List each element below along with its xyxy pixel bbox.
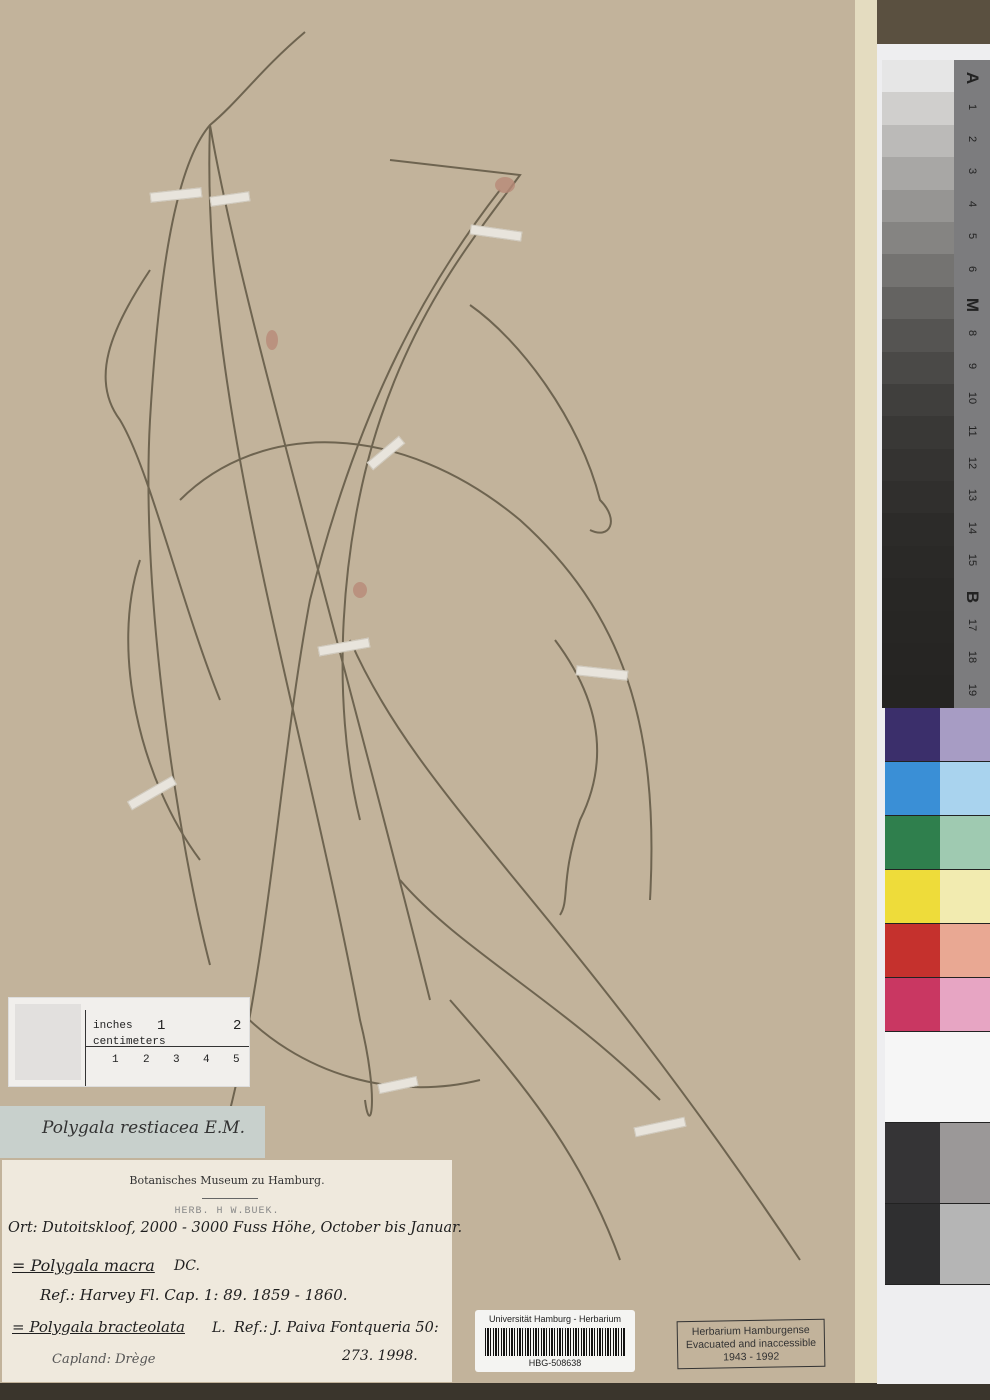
barcode-id: HBG-508638 [475, 1358, 635, 1368]
determination-2-author: L. [212, 1320, 226, 1336]
scale-ruler: inches 1 2 centimeters 1 2 3 4 5 [8, 997, 250, 1087]
color-patch [885, 924, 940, 977]
gray-patch [882, 416, 954, 448]
gray-patch [882, 643, 954, 675]
label-rule [202, 1198, 258, 1199]
gray-patch [882, 481, 954, 513]
color-patch-row [885, 762, 990, 816]
ruler-cm-mark: 2 [143, 1054, 150, 1066]
specimen-label: Botanisches Museum zu Hamburg. HERB. H W… [2, 1160, 452, 1382]
color-patch-row [885, 978, 990, 1032]
gray-patch [882, 611, 954, 643]
gray-patch-label: 14 [966, 518, 978, 538]
color-patch [885, 1032, 940, 1122]
color-patch [940, 708, 990, 761]
color-patch-row [885, 1204, 990, 1285]
gray-patch [882, 125, 954, 157]
ruler-cm-mark: 5 [233, 1054, 240, 1066]
gray-patch-label: 9 [966, 356, 978, 376]
gray-patch [882, 384, 954, 416]
ruler-cm-label: centimeters [93, 1036, 166, 1048]
determination-1-name: = Polygala macra [12, 1256, 155, 1275]
ruler-cm-mark: 3 [173, 1054, 180, 1066]
color-patch [885, 978, 940, 1031]
gray-patch-label: 10 [966, 388, 978, 408]
gray-patch [882, 222, 954, 254]
locality-text: Ort: Dutoitskloof, 2000 - 3000 Fuss Höhe… [8, 1220, 462, 1236]
herbarium-stamp: HERB. H W.BUEK. [2, 1206, 452, 1217]
determination-2-name: = Polygala bracteolata [12, 1318, 185, 1336]
grayscale-strip [882, 60, 954, 708]
gray-patch-label: 4 [966, 194, 978, 214]
determination-1-author: DC. [174, 1258, 200, 1274]
gray-patch-label: M [962, 295, 982, 315]
sheet-edge [855, 0, 877, 1383]
color-patch-row [885, 870, 990, 924]
color-patch [940, 816, 990, 869]
gray-patch [882, 190, 954, 222]
grayscale-labels: A123456M89101112131415B171819 [954, 60, 990, 708]
gray-patch-label: 6 [966, 259, 978, 279]
gray-patch-label: 11 [966, 421, 978, 441]
color-patch-row [885, 816, 990, 870]
gray-patch-label: 8 [966, 323, 978, 343]
gray-patch [882, 675, 954, 707]
determination-1-reference: Ref.: Harvey Fl. Cap. 1: 89. 1859 - 1860… [40, 1286, 348, 1304]
color-patch-grid [885, 708, 990, 1285]
color-patch-row [885, 924, 990, 978]
old-label-text: Polygala restiacea E.M. [42, 1118, 245, 1138]
ruler-inch-mark: 1 [157, 1018, 165, 1034]
gray-patch [882, 254, 954, 286]
gray-patch [882, 352, 954, 384]
color-patch [940, 870, 990, 923]
color-patch [885, 816, 940, 869]
color-patch [940, 1032, 990, 1122]
gray-patch [882, 449, 954, 481]
determination-2-reference-cont: 273. 1998. [342, 1348, 418, 1364]
color-patch [885, 762, 940, 815]
gray-patch-label: 15 [966, 550, 978, 570]
background-bottom [0, 1383, 990, 1400]
color-patch-row [885, 708, 990, 762]
barcode-label: Universität Hamburg - Herbarium HBG-5086… [475, 1310, 635, 1372]
old-determination-label: Polygala restiacea E.M. [0, 1106, 265, 1158]
gray-patch-label: 2 [966, 129, 978, 149]
gray-patch-label: A [962, 68, 982, 88]
color-patch [940, 924, 990, 977]
evacuation-line-2: Evacuated and inaccessible [678, 1337, 824, 1353]
institution-header: Botanisches Museum zu Hamburg. [2, 1174, 452, 1187]
gray-patch-label: 18 [966, 647, 978, 667]
collector-text: Capland: Drège [52, 1352, 155, 1367]
color-patch [885, 1204, 940, 1284]
ruler-blank-area [15, 1004, 81, 1080]
color-patch-row [885, 1123, 990, 1204]
color-patch [885, 708, 940, 761]
gray-patch [882, 319, 954, 351]
color-patch [940, 1204, 990, 1284]
gray-patch-label: 12 [966, 453, 978, 473]
barcode-icon [485, 1328, 625, 1356]
gray-patch-label: 5 [966, 226, 978, 246]
gray-patch-label: 19 [966, 680, 978, 700]
gray-patch [882, 287, 954, 319]
gray-patch [882, 60, 954, 92]
gray-patch-label: 1 [966, 97, 978, 117]
ruler-cm-mark: 1 [112, 1054, 119, 1066]
gray-patch [882, 513, 954, 545]
color-patch [885, 1123, 940, 1203]
gray-patch [882, 157, 954, 189]
color-patch [940, 978, 990, 1031]
color-patch [940, 762, 990, 815]
ruler-cm-mark: 4 [203, 1054, 210, 1066]
gray-patch-label: 17 [966, 615, 978, 635]
background-top [877, 0, 990, 44]
gray-patch-label: 3 [966, 161, 978, 181]
determination-2-reference: Ref.: J. Paiva Fontqueria 50: [234, 1320, 439, 1336]
evacuation-line-3: 1943 - 1992 [678, 1350, 824, 1366]
color-patch-row [885, 1032, 990, 1123]
evacuation-stamp: Herbarium Hamburgense Evacuated and inac… [677, 1319, 826, 1370]
gray-patch-label: B [962, 587, 982, 607]
ruler-inch-mark: 2 [233, 1018, 241, 1034]
gray-patch-label: 13 [966, 485, 978, 505]
color-patch [940, 1123, 990, 1203]
gray-patch [882, 578, 954, 610]
gray-patch [882, 546, 954, 578]
barcode-title: Universität Hamburg - Herbarium [475, 1314, 635, 1324]
gray-patch [882, 92, 954, 124]
color-patch [885, 870, 940, 923]
ruler-inches-label: inches [93, 1020, 133, 1032]
